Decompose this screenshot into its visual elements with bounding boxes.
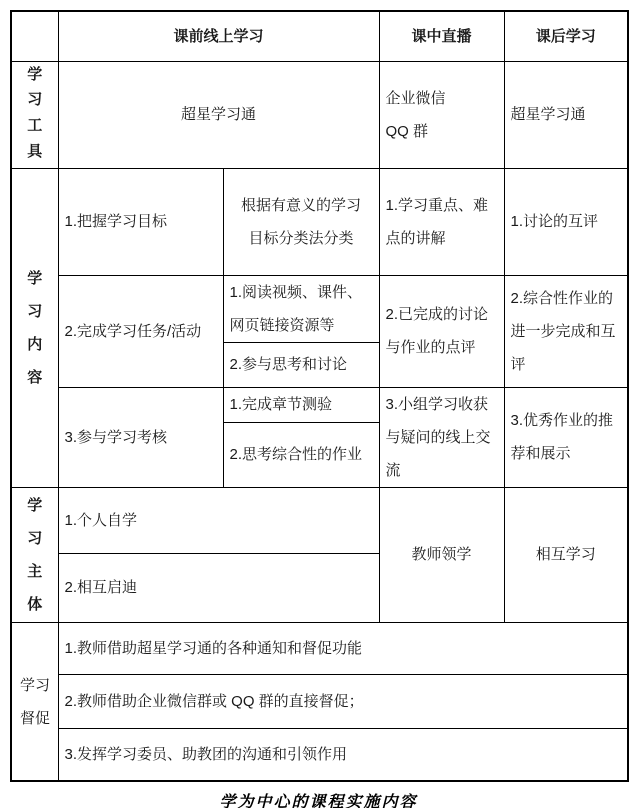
content-assessment-row: 3.参与学习考核 1.完成章节测验 3.小组学习收获与疑问的线上交流 3.优秀作… bbox=[11, 387, 628, 422]
content-goal-live-cell: 1.学习重点、难点的讲解 bbox=[379, 168, 504, 275]
table-caption: 学为中心的课程实施内容 bbox=[10, 789, 627, 808]
header-pre-class-cell: 课前线上学习 bbox=[58, 11, 379, 61]
subject-live-cell: 教师领学 bbox=[379, 487, 504, 622]
supervision-row-1: 学习督促 1.教师借助超星学习通的各种通知和督促功能 bbox=[11, 622, 628, 674]
content-row-label: 学习内容 bbox=[11, 168, 58, 487]
content-label-text: 学习内容 bbox=[26, 262, 43, 394]
content-assessment-task-cell: 3.参与学习考核 bbox=[58, 387, 223, 487]
content-goal-row: 学习内容 1.把握学习目标 根据有意义的学习 目标分类法分类 1.学习重点、难点… bbox=[11, 168, 628, 275]
content-goal-method-cell: 根据有意义的学习 目标分类法分类 bbox=[223, 168, 379, 275]
supervision-item-2-cell: 2.教师借助企业微信群或 QQ 群的直接督促； bbox=[58, 674, 628, 728]
supervision-item-1-cell: 1.教师借助超星学习通的各种通知和督促功能 bbox=[58, 622, 628, 674]
content-assessment-after-cell: 3.优秀作业的推荐和展示 bbox=[504, 387, 628, 487]
supervision-row-label: 学习督促 bbox=[11, 622, 58, 781]
content-goal-method-line2: 目标分类法分类 bbox=[230, 222, 373, 255]
content-assessment-live-cell: 3.小组学习收获与疑问的线上交流 bbox=[379, 387, 504, 487]
tools-after-class-cell: 超星学习通 bbox=[504, 61, 628, 168]
subject-pre1-cell: 1.个人自学 bbox=[58, 487, 379, 553]
tools-live-line1: 企业微信 bbox=[386, 82, 498, 115]
document-page: 课前线上学习 课中直播 课后学习 学习工具 超星学习通 企业微信 QQ 群 超星… bbox=[0, 0, 637, 808]
course-implementation-table: 课前线上学习 课中直播 课后学习 学习工具 超星学习通 企业微信 QQ 群 超星… bbox=[10, 10, 629, 782]
content-tasks-after-cell: 2.综合性作业的进一步完成和互评 bbox=[504, 275, 628, 387]
subject-after-cell: 相互学习 bbox=[504, 487, 628, 622]
content-tasks-live-cell: 2.已完成的讨论与作业的点评 bbox=[379, 275, 504, 387]
content-tasks-row: 2.完成学习任务/活动 1.阅读视频、课件、网页链接资源等 2.已完成的讨论与作… bbox=[11, 275, 628, 342]
supervision-row-2: 2.教师借助企业微信群或 QQ 群的直接督促； bbox=[11, 674, 628, 728]
content-goal-task-cell: 1.把握学习目标 bbox=[58, 168, 223, 275]
tools-live-cell: 企业微信 QQ 群 bbox=[379, 61, 504, 168]
content-goal-method-line1: 根据有意义的学习 bbox=[230, 189, 373, 222]
content-assessment-sub1-cell: 1.完成章节测验 bbox=[223, 387, 379, 422]
supervision-row-3: 3.发挥学习委员、助教团的沟通和引领作用 bbox=[11, 728, 628, 781]
subject-row-1: 学习主体 1.个人自学 教师领学 相互学习 bbox=[11, 487, 628, 553]
subject-label-text: 学习主体 bbox=[26, 489, 43, 621]
header-after-class-cell: 课后学习 bbox=[504, 11, 628, 61]
header-empty-cell bbox=[11, 11, 58, 61]
header-live-cell: 课中直播 bbox=[379, 11, 504, 61]
tools-label-text: 学习工具 bbox=[26, 62, 43, 165]
content-assessment-sub2-cell: 2.思考综合性的作业 bbox=[223, 422, 379, 487]
content-tasks-sub2-cell: 2.参与思考和讨论 bbox=[223, 342, 379, 387]
supervision-label-text: 学习督促 bbox=[18, 669, 52, 735]
subject-pre2-cell: 2.相互启迪 bbox=[58, 553, 379, 622]
tools-row: 学习工具 超星学习通 企业微信 QQ 群 超星学习通 bbox=[11, 61, 628, 168]
content-goal-after-cell: 1.讨论的互评 bbox=[504, 168, 628, 275]
header-row: 课前线上学习 课中直播 课后学习 bbox=[11, 11, 628, 61]
tools-live-line2: QQ 群 bbox=[386, 115, 498, 148]
tools-pre-class-cell: 超星学习通 bbox=[58, 61, 379, 168]
content-tasks-task-cell: 2.完成学习任务/活动 bbox=[58, 275, 223, 387]
tools-row-label: 学习工具 bbox=[11, 61, 58, 168]
subject-row-label: 学习主体 bbox=[11, 487, 58, 622]
content-tasks-sub1-cell: 1.阅读视频、课件、网页链接资源等 bbox=[223, 275, 379, 342]
supervision-item-3-cell: 3.发挥学习委员、助教团的沟通和引领作用 bbox=[58, 728, 628, 781]
